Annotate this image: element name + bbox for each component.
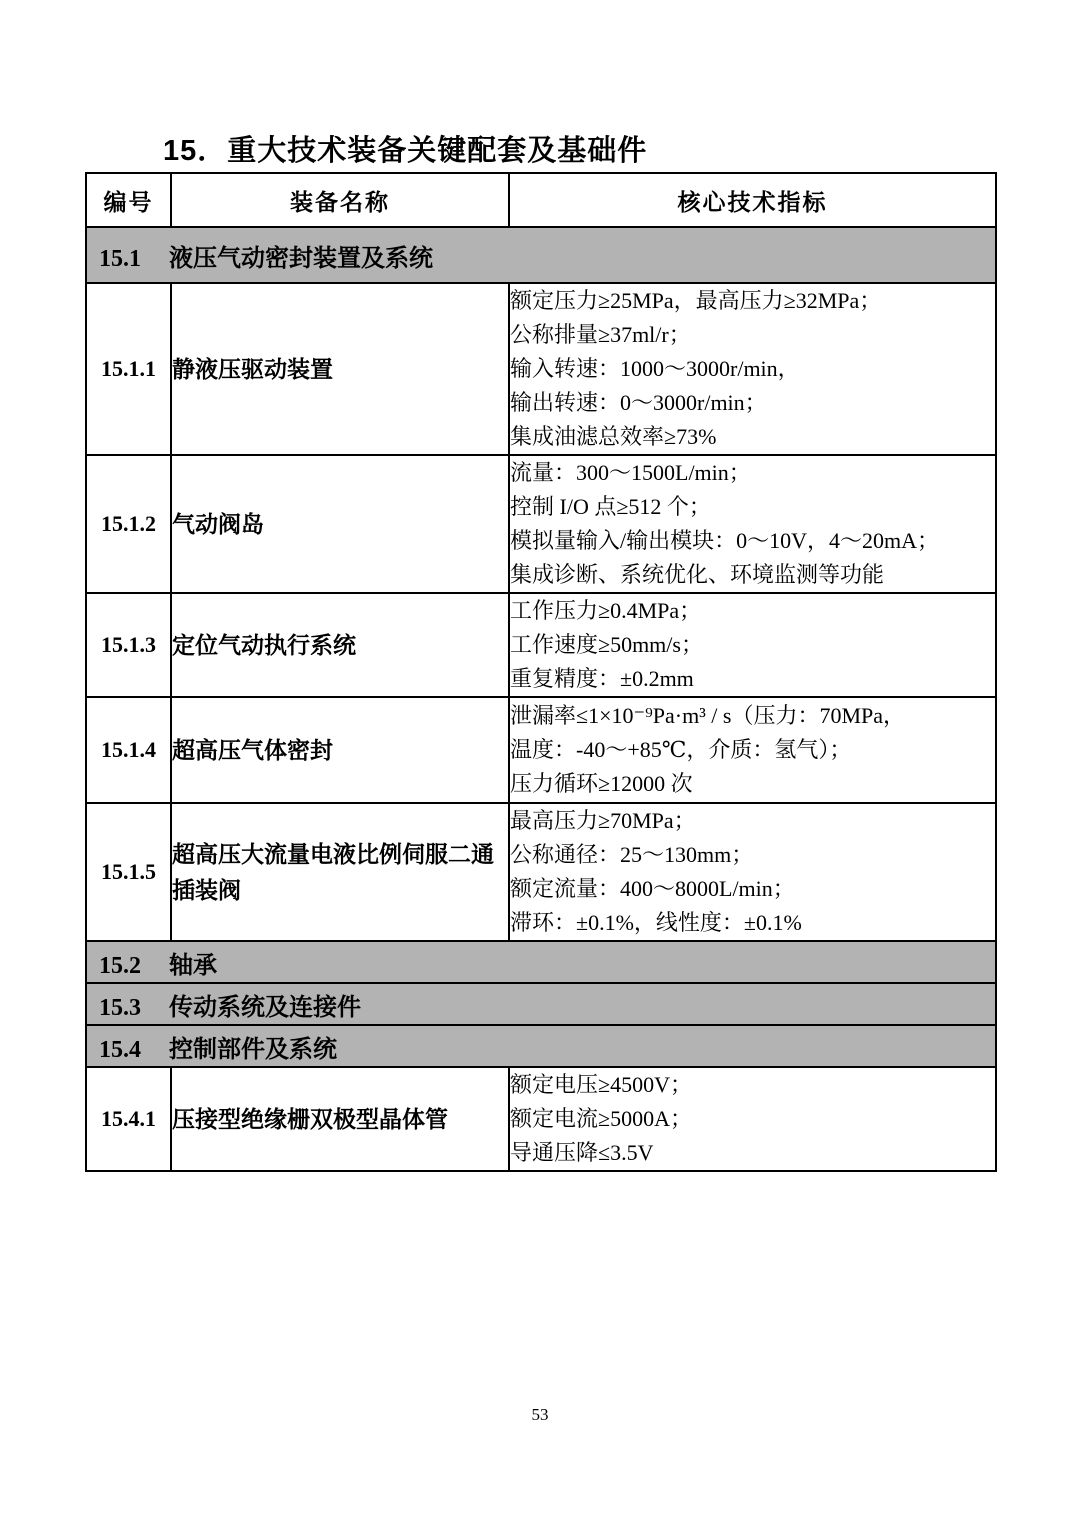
item-row-15-1-2: 15.1.2 气动阀岛 流量：300～1500L/min； 控制 I/O 点≥5… [86,455,996,593]
item-code: 15.1.5 [86,803,171,941]
item-name: 定位气动执行系统 [171,593,509,697]
item-name: 超高压大流量电液比例伺服二通插装阀 [171,803,509,941]
item-code: 15.4.1 [86,1067,171,1171]
spec-line: 温度：-40～+85℃，介质：氢气）； [510,733,995,767]
section-row-15-1: 15.1液压气动密封装置及系统 [86,227,996,283]
spec-line: 导通压降≤3.5V [510,1136,995,1170]
document-page: 15．重大技术装备关键配套及基础件 编号 装备名称 核心技术指标 15.1液压气… [0,0,1080,1527]
section-cell: 15.3传动系统及连接件 [86,983,996,1025]
item-specs: 最高压力≥70MPa； 公称通径：25～130mm； 额定流量：400～8000… [509,803,996,941]
page-number: 53 [0,1405,1080,1425]
spec-table: 编号 装备名称 核心技术指标 15.1液压气动密封装置及系统 15.1.1 静液… [85,172,997,1172]
spec-line: 控制 I/O 点≥512 个； [510,490,995,524]
spec-line: 输入转速：1000～3000r/min， [510,352,995,386]
spec-line: 公称排量≥37ml/r； [510,318,995,352]
header-cell-specs: 核心技术指标 [509,173,996,227]
item-specs: 流量：300～1500L/min； 控制 I/O 点≥512 个； 模拟量输入/… [509,455,996,593]
item-row-15-4-1: 15.4.1 压接型绝缘栅双极型晶体管 额定电压≥4500V； 额定电流≥500… [86,1067,996,1171]
spec-line: 重复精度：±0.2mm [510,662,995,696]
spec-line: 压力循环≥12000 次 [510,767,995,801]
spec-line: 输出转速：0～3000r/min； [510,386,995,420]
spec-line: 工作压力≥0.4MPa； [510,594,995,628]
item-code: 15.1.4 [86,697,171,803]
section-row-15-4: 15.4控制部件及系统 [86,1025,996,1067]
page-title: 15．重大技术装备关键配套及基础件 [163,128,647,169]
spec-line: 额定电流≥5000A； [510,1102,995,1136]
section-name: 轴承 [169,952,217,979]
section-row-15-2: 15.2轴承 [86,941,996,983]
section-name: 液压气动密封装置及系统 [169,245,433,272]
item-code: 15.1.2 [86,455,171,593]
item-specs: 额定压力≥25MPa，最高压力≥32MPa； 公称排量≥37ml/r； 输入转速… [509,283,996,455]
header-cell-name: 装备名称 [171,173,509,227]
section-cell: 15.2轴承 [86,941,996,983]
item-row-15-1-4: 15.1.4 超高压气体密封 泄漏率≤1×10⁻⁹Pa·m³ / s（压力：70… [86,697,996,803]
item-specs: 泄漏率≤1×10⁻⁹Pa·m³ / s（压力：70MPa， 温度：-40～+85… [509,697,996,803]
spec-line: 额定电压≥4500V； [510,1068,995,1102]
spec-line: 流量：300～1500L/min； [510,456,995,490]
section-cell: 15.1液压气动密封装置及系统 [86,227,996,283]
header-cell-code: 编号 [86,173,171,227]
item-row-15-1-3: 15.1.3 定位气动执行系统 工作压力≥0.4MPa； 工作速度≥50mm/s… [86,593,996,697]
item-specs: 工作压力≥0.4MPa； 工作速度≥50mm/s； 重复精度：±0.2mm [509,593,996,697]
item-name: 超高压气体密封 [171,697,509,803]
spec-line: 工作速度≥50mm/s； [510,628,995,662]
item-row-15-1-5: 15.1.5 超高压大流量电液比例伺服二通插装阀 最高压力≥70MPa； 公称通… [86,803,996,941]
item-row-15-1-1: 15.1.1 静液压驱动装置 额定压力≥25MPa，最高压力≥32MPa； 公称… [86,283,996,455]
item-specs: 额定电压≥4500V； 额定电流≥5000A； 导通压降≤3.5V [509,1067,996,1171]
table-header-row: 编号 装备名称 核心技术指标 [86,173,996,227]
section-name: 控制部件及系统 [169,1036,337,1063]
section-code: 15.4 [99,1037,155,1064]
spec-line: 公称通径：25～130mm； [510,838,995,872]
spec-line: 额定流量：400～8000L/min； [510,872,995,906]
spec-line: 集成诊断、系统优化、环境监测等功能 [510,558,995,592]
item-name: 静液压驱动装置 [171,283,509,455]
item-name: 压接型绝缘栅双极型晶体管 [171,1067,509,1171]
spec-line: 泄漏率≤1×10⁻⁹Pa·m³ / s（压力：70MPa， [510,699,995,733]
item-name: 气动阀岛 [171,455,509,593]
section-row-15-3: 15.3传动系统及连接件 [86,983,996,1025]
spec-line: 集成油滤总效率≥73% [510,420,995,454]
spec-line: 滞环：±0.1%，线性度：±0.1% [510,906,995,940]
section-cell: 15.4控制部件及系统 [86,1025,996,1067]
section-code: 15.1 [99,246,155,273]
section-code: 15.2 [99,953,155,980]
spec-line: 模拟量输入/输出模块：0～10V，4～20mA； [510,524,995,558]
spec-line: 额定压力≥25MPa，最高压力≥32MPa； [510,284,995,318]
section-code: 15.3 [99,995,155,1022]
item-code: 15.1.1 [86,283,171,455]
item-code: 15.1.3 [86,593,171,697]
section-name: 传动系统及连接件 [169,994,361,1021]
spec-line: 最高压力≥70MPa； [510,804,995,838]
